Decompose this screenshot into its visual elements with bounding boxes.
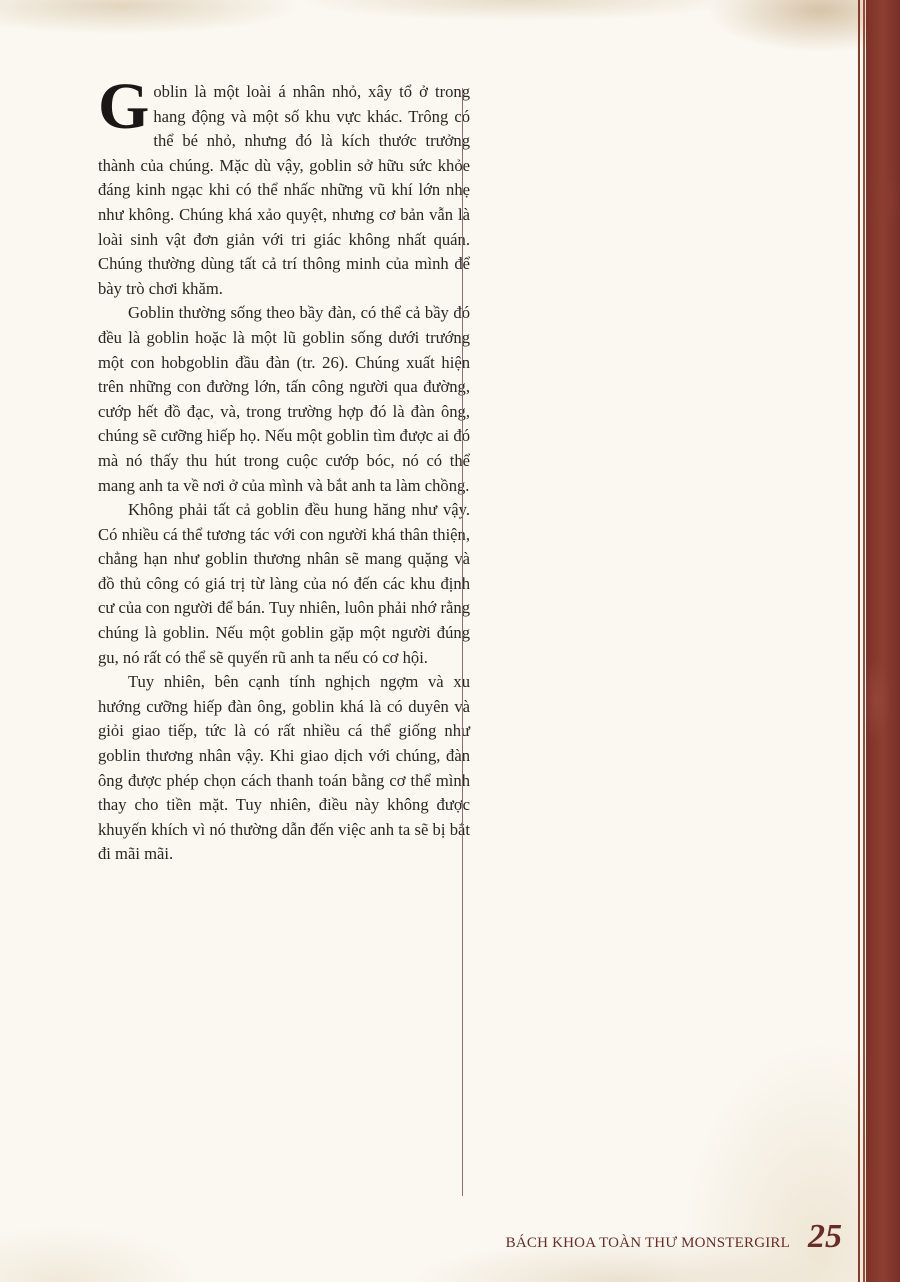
paragraph-2: Goblin thường sống theo bầy đàn, có thể …: [98, 301, 470, 498]
column-divider: [462, 88, 463, 1196]
article-column: Goblin là một loài á nhân nhỏ, xây tổ ở …: [98, 80, 470, 867]
drop-cap: G: [98, 82, 149, 132]
book-spine-band: [866, 0, 900, 1282]
spine-border-line: [858, 0, 860, 1282]
book-title: BÁCH KHOA TOÀN THƯ MONSTERGIRL: [506, 1235, 790, 1252]
paragraph-3: Không phải tất cả goblin đều hung hăng n…: [98, 498, 470, 670]
spine-border-line: [863, 0, 865, 1282]
page-footer: BÁCH KHOA TOÀN THƯ MONSTERGIRL 25: [506, 1218, 842, 1256]
page-number: 25: [808, 1218, 842, 1256]
paragraph-4: Tuy nhiên, bên cạnh tính nghịch ngợm và …: [98, 670, 470, 867]
paragraph-1-text: oblin là một loài á nhân nhỏ, xây tổ ở t…: [98, 82, 470, 298]
paragraph-1: Goblin là một loài á nhân nhỏ, xây tổ ở …: [98, 80, 470, 301]
